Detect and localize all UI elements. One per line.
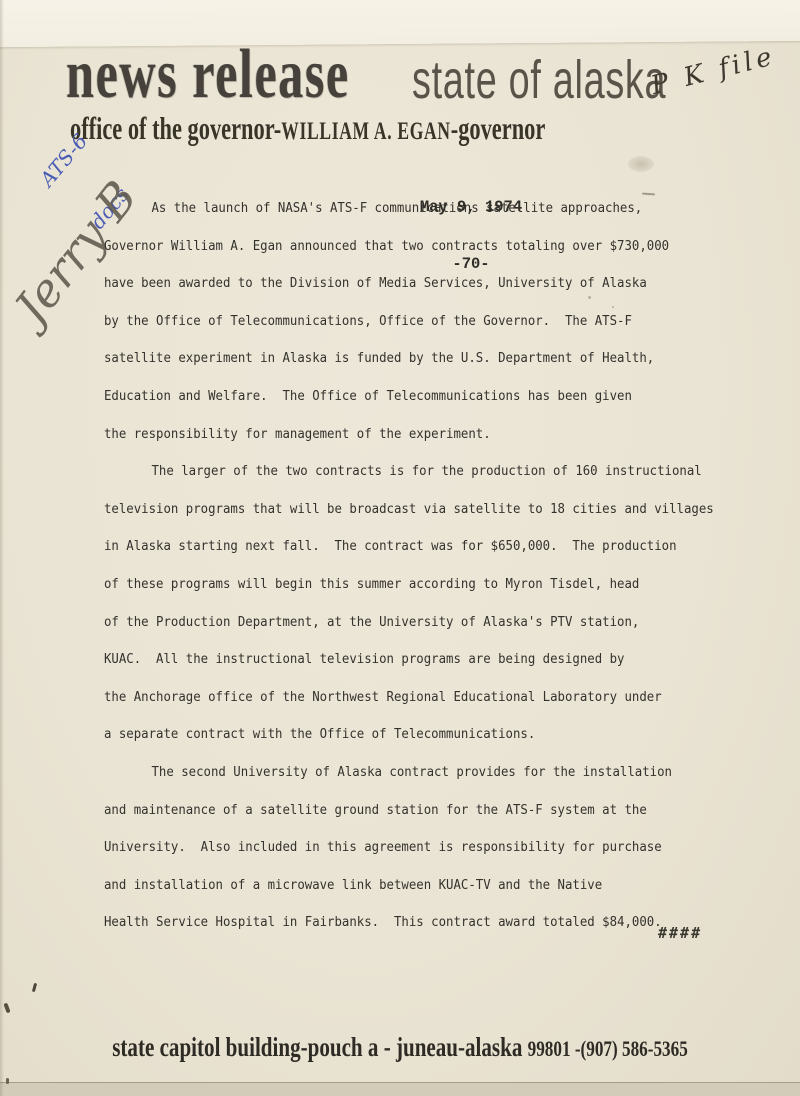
body-line: KUAC. All the instructional television p… bbox=[104, 641, 714, 679]
ink-speck bbox=[3, 1003, 10, 1014]
body-line: have been awarded to the Division of Med… bbox=[104, 265, 714, 303]
body-line: in Alaska starting next fall. The contra… bbox=[104, 528, 714, 566]
body-line: Education and Welfare. The Office of Tel… bbox=[104, 378, 714, 416]
ink-dot bbox=[612, 306, 614, 308]
scan-left-edge bbox=[0, 0, 4, 1096]
blue-note-line1: ATS-6 bbox=[36, 130, 92, 191]
body-line: The larger of the two contracts is for t… bbox=[104, 453, 714, 491]
body-line: and maintenance of a satellite ground st… bbox=[104, 792, 714, 830]
body-paragraph: The second University of Alaska contract… bbox=[104, 754, 714, 942]
body-line: a separate contract with the Office of T… bbox=[104, 716, 714, 754]
end-of-release-mark: #### bbox=[658, 924, 702, 942]
body-line: of the Production Department, at the Uni… bbox=[104, 604, 714, 642]
body-line: the Anchorage office of the Northwest Re… bbox=[104, 679, 714, 717]
office-line-left: office of the governor- bbox=[70, 110, 281, 146]
ink-dot bbox=[588, 296, 591, 299]
body-line: satellite experiment in Alaska is funded… bbox=[104, 340, 714, 378]
body-paragraph: As the launch of NASA's ATS-F communicat… bbox=[104, 190, 714, 453]
body-line: As the launch of NASA's ATS-F communicat… bbox=[104, 190, 714, 228]
body-line: the responsibility for management of the… bbox=[104, 416, 714, 454]
letterhead-footer: state capitol building-pouch a - juneau-… bbox=[88, 1032, 712, 1063]
body-paragraph: The larger of the two contracts is for t… bbox=[104, 453, 714, 754]
eraser-smudge bbox=[628, 156, 654, 172]
ink-speck bbox=[32, 983, 37, 992]
scan-bottom-edge bbox=[0, 1082, 800, 1096]
body-line: The second University of Alaska contract… bbox=[104, 754, 714, 792]
footer-zip-phone: 99801 -(907) 586-5365 bbox=[528, 1036, 688, 1061]
state-of-alaska-tagline: state of alaska bbox=[412, 53, 666, 107]
body-line: television programs that will be broadca… bbox=[104, 491, 714, 529]
ink-speck bbox=[6, 1078, 9, 1084]
news-release-logo: news release bbox=[66, 40, 350, 110]
governor-name: WILLIAM A. EGAN bbox=[281, 118, 450, 145]
office-line-right: -governor bbox=[451, 110, 546, 146]
body-line: Health Service Hospital in Fairbanks. Th… bbox=[104, 904, 714, 942]
footer-address: state capitol building-pouch a - juneau-… bbox=[112, 1032, 527, 1062]
body-line: Governor William A. Egan announced that … bbox=[104, 228, 714, 266]
body-line: University. Also included in this agreem… bbox=[104, 829, 714, 867]
handwritten-file-note: P K file bbox=[648, 41, 779, 101]
office-of-governor-line: office of the governor-WILLIAM A. EGAN-g… bbox=[70, 110, 545, 147]
body-line: and installation of a microwave link bet… bbox=[104, 867, 714, 905]
body-line: of these programs will begin this summer… bbox=[104, 566, 714, 604]
press-release-body: As the launch of NASA's ATS-F communicat… bbox=[104, 190, 714, 942]
body-line: by the Office of Telecommunications, Off… bbox=[104, 303, 714, 341]
